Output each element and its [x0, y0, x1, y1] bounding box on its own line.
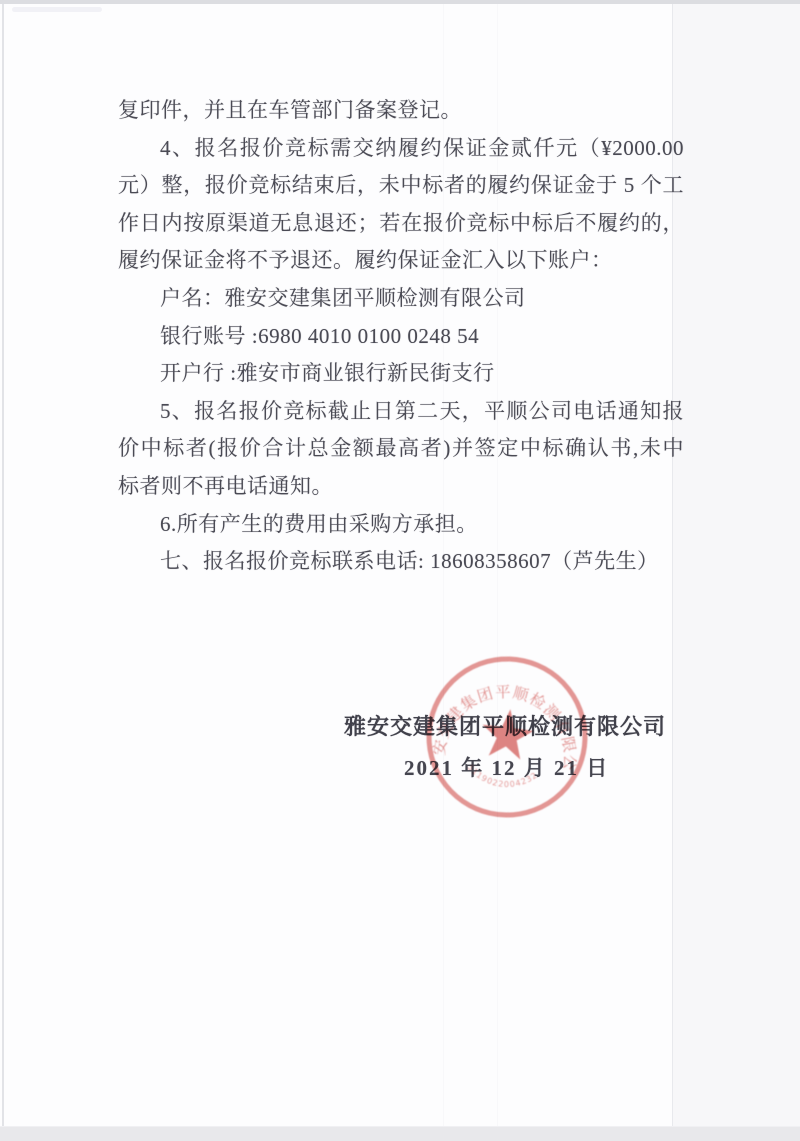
text-line: 5、报名报价竞标截止日第二天，平顺公司电话通知报: [118, 393, 684, 431]
text-line: 标者则不再电话通知。: [118, 468, 684, 506]
account-holder-line: 户名：雅安交建集团平顺检测有限公司: [118, 280, 684, 318]
text-line: 4、报名报价竞标需交纳履约保证金贰仟元（¥2000.00: [118, 130, 684, 168]
red-star-icon: [479, 706, 536, 761]
contact-phone-line: 七、报名报价竞标联系电话: 18608358607（芦先生）: [118, 543, 684, 581]
scan-bottom-edge: [0, 1126, 800, 1141]
text-line: 履约保证金将不予退还。履约保证金汇入以下账户：: [118, 242, 684, 280]
text-line: 价中标者(报价合计总金额最高者)并签定中标确认书,未中: [118, 430, 684, 468]
text-line: 元）整，报价竞标结束后，未中标者的履约保证金于 5 个工: [118, 167, 684, 205]
seal-serial-number: 5119022004232: [464, 762, 540, 793]
text-line: 6.所有产生的费用由采购方承担。: [118, 506, 684, 544]
scan-right-margin: [673, 4, 800, 1128]
text-line: 复印件，并且在车管部门备案登记。: [118, 92, 684, 130]
document-text: 复印件，并且在车管部门备案登记。 4、报名报价竞标需交纳履约保证金贰仟元（¥20…: [118, 92, 684, 581]
bank-account-line: 银行账号 :6980 4010 0100 0248 54: [118, 318, 684, 356]
scan-left-edge: [2, 4, 4, 1128]
scan-smudge: [12, 7, 102, 12]
company-seal-stamp: 雅安交建集团平顺检测有限公司 5119022004232: [410, 640, 604, 834]
text-line: 作日内按原渠道无息退还；若在报价竞标中标后不履约的，: [118, 205, 684, 243]
bank-branch-line: 开户行 :雅安市商业银行新民街支行: [118, 355, 684, 393]
scanned-page: 复印件，并且在车管部门备案登记。 4、报名报价竞标需交纳履约保证金贰仟元（¥20…: [0, 0, 800, 1141]
